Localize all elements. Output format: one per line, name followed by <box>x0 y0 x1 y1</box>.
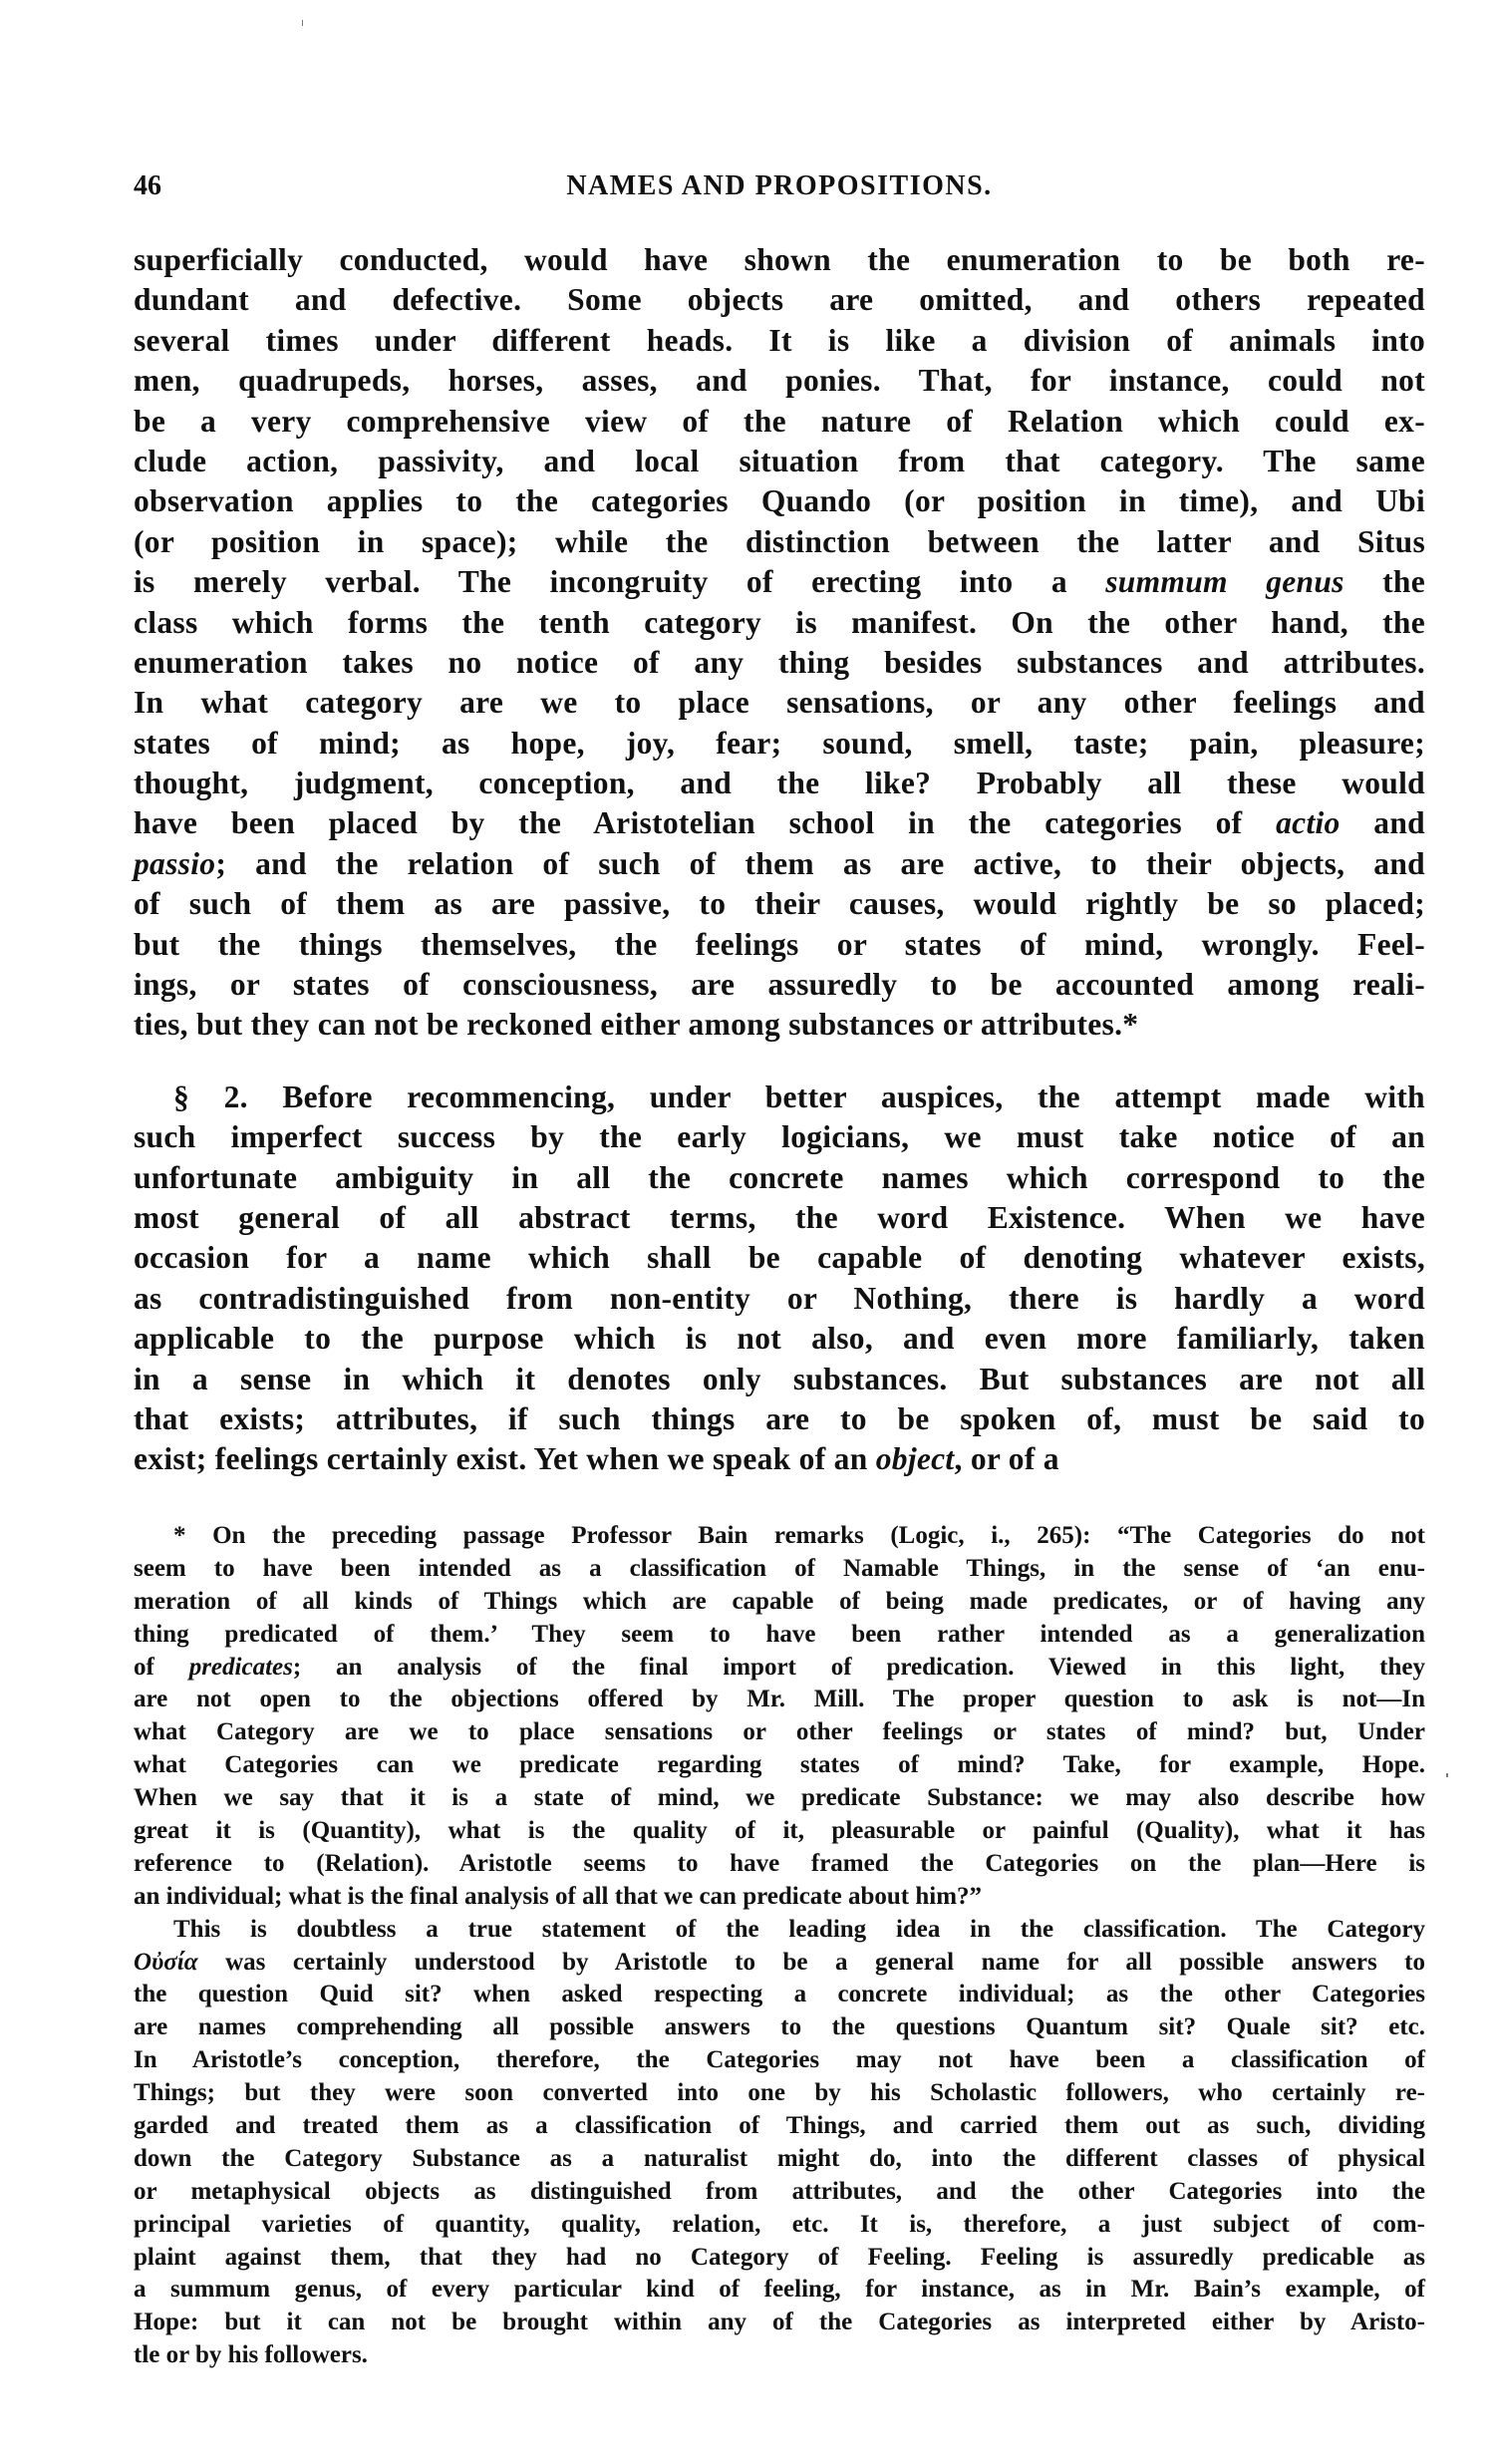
text-line: (or position in space); while the distin… <box>134 522 1425 562</box>
text-segment: , or of a <box>955 1441 1059 1476</box>
text-line: such imperfect success by the early logi… <box>134 1117 1425 1157</box>
italic-term: actio <box>1276 805 1341 840</box>
body-text: superficially conducted, would have show… <box>134 240 1425 1480</box>
text-line: * On the preceding passage Professor Bai… <box>134 1520 1425 1553</box>
footnote-1: * On the preceding passage Professor Bai… <box>134 1520 1425 1914</box>
chapter-running-title: NAMES AND PROPOSITIONS. <box>134 169 1425 203</box>
text-line: in a sense in which it denotes only subs… <box>134 1360 1425 1399</box>
text-line: principal varieties of quantity, quality… <box>134 2209 1425 2242</box>
text-line: thing predicated of them.’ They seem to … <box>134 1619 1425 1652</box>
text-line: This is doubtless a true statement of th… <box>134 1914 1425 1947</box>
footnotes: * On the preceding passage Professor Bai… <box>134 1520 1425 2372</box>
text-line: superficially conducted, would have show… <box>134 240 1425 280</box>
text-line: men, quadrupeds, horses, asses, and poni… <box>134 361 1425 401</box>
text-segment: ; and the relation of such of them as ar… <box>215 846 1425 881</box>
text-line: In what category are we to place sensati… <box>134 683 1425 723</box>
text-line: be a very comprehensive view of the natu… <box>134 402 1425 442</box>
italic-term: object <box>876 1441 955 1476</box>
text-line: great it is (Quantity), what is the qual… <box>134 1815 1425 1848</box>
text-line: § 2. Before recommencing, under better a… <box>134 1078 1425 1117</box>
text-line: down the Category Substance as a natural… <box>134 2143 1425 2176</box>
text-segment: have been placed by the Aristotelian sch… <box>134 805 1276 840</box>
text-line: is merely verbal. The incongruity of ere… <box>134 562 1425 602</box>
text-line: states of mind; as hope, joy, fear; soun… <box>134 724 1425 764</box>
text-line: have been placed by the Aristotelian sch… <box>134 803 1425 843</box>
text-line: applicable to the purpose which is not a… <box>134 1319 1425 1359</box>
text-line: ties, but they can not be reckoned eithe… <box>134 1005 1425 1045</box>
text-line: plaint against them, that they had no Ca… <box>134 2242 1425 2275</box>
text-line: tle or by his followers. <box>134 2339 1425 2372</box>
footnote-2: This is doubtless a true statement of th… <box>134 1914 1425 2372</box>
text-line: enumeration takes no notice of any thing… <box>134 643 1425 683</box>
text-line: reference to (Relation). Aristotle seems… <box>134 1848 1425 1881</box>
text-line: of such of them as are passive, to their… <box>134 884 1425 924</box>
text-line: most general of all abstract terms, the … <box>134 1198 1425 1238</box>
text-line: or metaphysical objects as distinguished… <box>134 2176 1425 2209</box>
italic-term: summum genus <box>1105 564 1344 599</box>
text-line: but the things themselves, the feelings … <box>134 925 1425 965</box>
text-line: as contradistinguished from non-entity o… <box>134 1279 1425 1319</box>
italic-term: predicates <box>189 1654 293 1681</box>
text-line: exist; feelings certainly exist. Yet whe… <box>134 1439 1425 1479</box>
text-segment: exist; feelings certainly exist. Yet whe… <box>134 1441 876 1476</box>
text-line: occasion for a name which shall be capab… <box>134 1238 1425 1278</box>
text-line: Oὐσία was certainly understood by Aristo… <box>134 1947 1425 1980</box>
paragraph-1: superficially conducted, would have show… <box>134 240 1425 1046</box>
running-head: 46 NAMES AND PROPOSITIONS. <box>134 169 1425 203</box>
text-line: of predicates; an analysis of the final … <box>134 1652 1425 1685</box>
paragraph-2-section-2: § 2. Before recommencing, under better a… <box>134 1078 1425 1480</box>
paragraph-gap <box>134 1046 1425 1078</box>
text-line: Things; but they were soon converted int… <box>134 2077 1425 2110</box>
text-line: seem to have been intended as a classifi… <box>134 1553 1425 1586</box>
text-line: In Aristotle’s conception, therefore, th… <box>134 2044 1425 2077</box>
text-line: what Category are we to place sensations… <box>134 1716 1425 1749</box>
italic-term: Oὐσία <box>134 1949 198 1976</box>
text-line: garded and treated them as a classificat… <box>134 2110 1425 2143</box>
text-segment: is merely verbal. The incongruity of ere… <box>134 564 1105 599</box>
text-line: Hope: but it can not be brought within a… <box>134 2307 1425 2339</box>
text-line: what Categories can we predicate regardi… <box>134 1749 1425 1782</box>
text-line: observation applies to the categories Qu… <box>134 481 1425 521</box>
text-segment: of <box>134 1654 189 1681</box>
text-line: ings, or states of consciousness, are as… <box>134 965 1425 1005</box>
text-line: are not open to the objections offered b… <box>134 1684 1425 1716</box>
text-line: several times under different heads. It … <box>134 321 1425 361</box>
text-segment: ; an analysis of the final import of pre… <box>293 1654 1425 1681</box>
italic-term: passio <box>134 846 215 881</box>
text-line: dundant and defective. Some objects are … <box>134 280 1425 320</box>
text-segment: and <box>1341 805 1425 840</box>
text-line: are names comprehending all possible ans… <box>134 2011 1425 2044</box>
text-line: thought, judgment, conception, and the l… <box>134 764 1425 803</box>
text-segment: was certainly understood by Aristotle to… <box>198 1949 1425 1976</box>
text-line: clude action, passivity, and local situa… <box>134 442 1425 481</box>
text-line: the question Quid sit? when asked respec… <box>134 1979 1425 2011</box>
text-line: class which forms the tenth category is … <box>134 603 1425 643</box>
text-line: meration of all kinds of Things which ar… <box>134 1586 1425 1619</box>
scan-speck <box>302 20 303 26</box>
text-line: that exists; attributes, if such things … <box>134 1399 1425 1439</box>
text-segment: the <box>1344 564 1425 599</box>
text-line: an individual; what is the final analysi… <box>134 1881 1425 1914</box>
text-line: When we say that it is a state of mind, … <box>134 1782 1425 1815</box>
text-line: passio; and the relation of such of them… <box>134 844 1425 884</box>
scan-speck <box>1446 1773 1448 1777</box>
text-line: unfortunate ambiguity in all the concret… <box>134 1158 1425 1198</box>
text-line: a summum genus, of every particular kind… <box>134 2274 1425 2307</box>
